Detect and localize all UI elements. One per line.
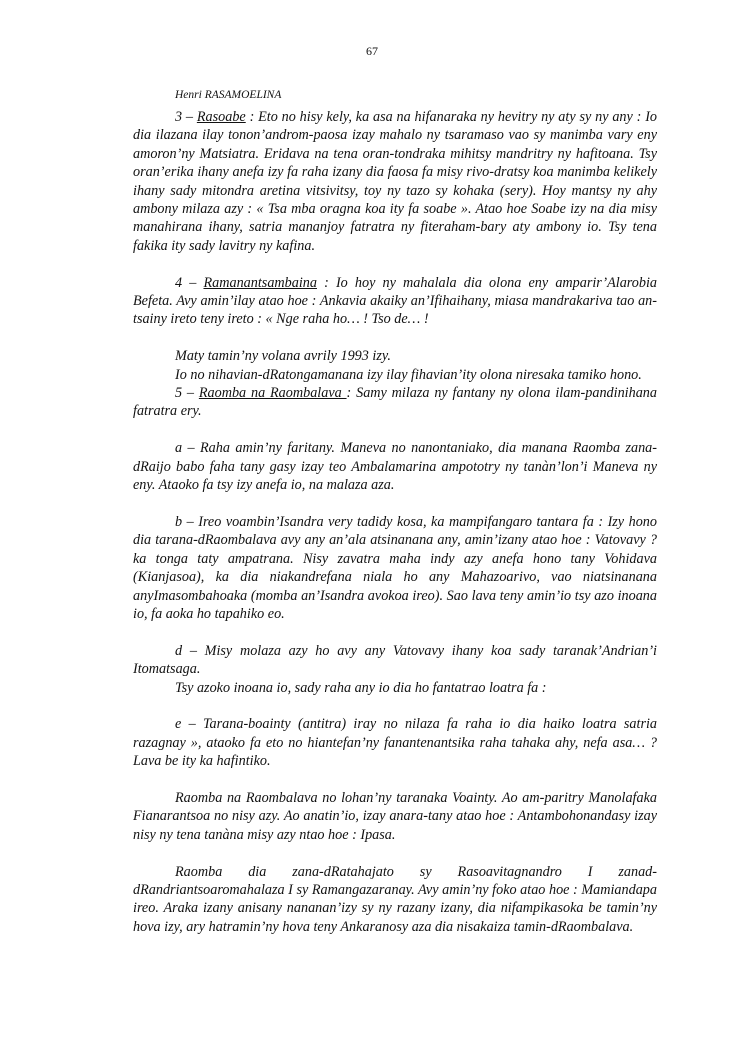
item-heading: Ramanantsambaina	[203, 275, 317, 291]
paragraph-3-rasoabe: 3 – Rasoabe : Eto no hisy kely, ka asa n…	[133, 108, 657, 255]
paragraph-text: : Eto no hisy kely, ka asa na hifanaraka…	[133, 109, 657, 254]
item-number: 5 –	[175, 385, 199, 401]
page-number: 67	[0, 44, 744, 59]
paragraph-d-followup: Tsy azoko inoana io, sady raha any io di…	[133, 679, 657, 697]
paragraph-voainty: Raomba na Raombalava no lohan’ny taranak…	[133, 789, 657, 844]
paragraph-e: e – Tarana-boainty (antitra) iray no nil…	[133, 715, 657, 770]
item-number: 3 –	[175, 109, 197, 125]
paragraph-a: a – Raha amin’ny faritany. Maneva no nan…	[133, 439, 657, 494]
paragraph-origin: Io no nihavian-dRatongamanana izy ilay f…	[133, 366, 657, 384]
item-number: 4 –	[175, 275, 203, 291]
paragraph-death-date: Maty tamin’ny volana avrily 1993 izy.	[133, 347, 657, 365]
document-body: 3 – Rasoabe : Eto no hisy kely, ka asa n…	[133, 108, 657, 936]
paragraph-raomba-lineage: Raomba dia zana-dRatahajato sy Rasoavita…	[133, 863, 657, 937]
author-header: Henri RASAMOELINA	[175, 89, 281, 101]
paragraph-d: d – Misy molaza azy ho avy any Vatovavy …	[133, 642, 657, 679]
paragraph-b: b – Ireo voambin’Isandra very tadidy kos…	[133, 513, 657, 623]
item-heading: Rasoabe	[197, 109, 246, 125]
paragraph-4-ramanantsambaina: 4 – Ramanantsambaina : Io hoy ny mahalal…	[133, 274, 657, 329]
paragraph-5-raomba: 5 – Raomba na Raombalava : Samy milaza n…	[133, 384, 657, 421]
item-heading: Raomba na Raombalava	[199, 385, 347, 401]
